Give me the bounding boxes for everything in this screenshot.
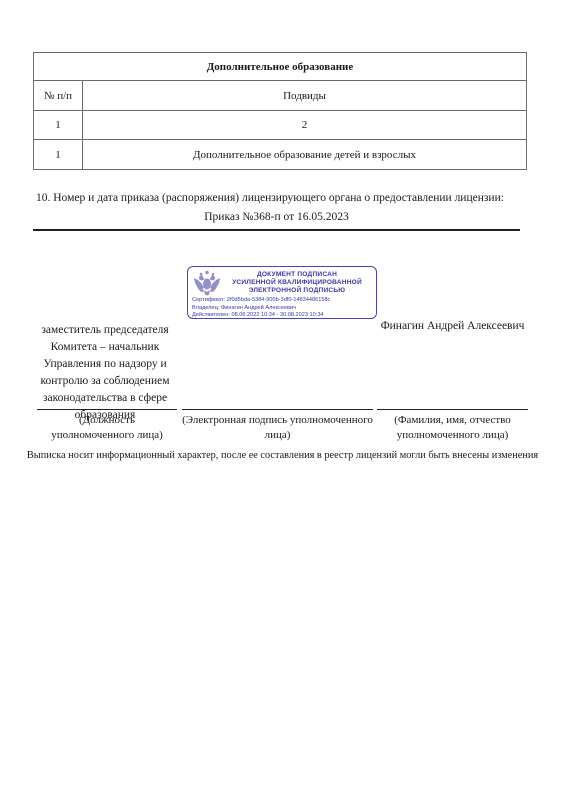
stamp-title-line3: ЭЛЕКТРОННОЙ ПОДПИСЬЮ <box>222 287 372 295</box>
digital-signature-stamp: ДОКУМЕНТ ПОДПИСАН УСИЛЕННОЙ КВАЛИФИЦИРОВ… <box>187 266 377 319</box>
row-subtype-value: Дополнительное образование детей и взрос… <box>83 140 527 170</box>
table-title: Дополнительное образование <box>34 53 527 81</box>
table-title-row: Дополнительное образование <box>34 53 527 81</box>
license-extract-page: Дополнительное образование № п/п Подвиды… <box>0 0 565 800</box>
row-number: 1 <box>34 140 83 170</box>
stamp-validity: Действителен: 08.06.2022 10:34 - 30.08.2… <box>192 312 372 319</box>
signature-line-position <box>37 409 177 410</box>
count-row-value: 2 <box>83 111 527 140</box>
additional-education-table: Дополнительное образование № п/п Подвиды… <box>33 52 527 170</box>
stamp-title-line2: УСИЛЕННОЙ КВАЛИФИЦИРОВАННОЙ <box>222 279 372 287</box>
stamp-header-area: ДОКУМЕНТ ПОДПИСАН УСИЛЕННОЙ КВАЛИФИЦИРОВ… <box>192 270 372 296</box>
caption-position: (Должность уполномоченного лица) <box>37 413 177 443</box>
separator-line <box>33 229 520 231</box>
signature-line-esign <box>182 409 373 410</box>
caption-full-name: (Фамилия, имя, отчество уполномоченного … <box>377 413 528 443</box>
column-header-number: № п/п <box>34 81 83 111</box>
signer-name: Финагин Андрей Алексеевич <box>377 320 528 332</box>
order-number-value: Приказ №368-п от 16.05.2023 <box>33 211 520 223</box>
caption-esignature: (Электронная подпись уполномоченного лиц… <box>182 413 373 443</box>
signature-line-name <box>377 409 528 410</box>
stamp-certificate: Сертификат: 2f0d5bda-5384-900b-3df0-1483… <box>192 297 372 304</box>
coat-of-arms-icon <box>192 270 222 296</box>
table-row: 1 Дополнительное образование детей и взр… <box>34 140 527 170</box>
stamp-title-line1: ДОКУМЕНТ ПОДПИСАН <box>222 271 372 279</box>
column-header-subtypes: Подвиды <box>83 81 527 111</box>
count-row-number: 1 <box>34 111 83 140</box>
section10-label: 10. Номер и дата приказа (распоряжения) … <box>36 192 536 204</box>
table-count-row: 1 2 <box>34 111 527 140</box>
stamp-owner: Владелец: Финагин Андрей Алексеевич <box>192 305 372 312</box>
footer-note: Выписка носит информационный характер, п… <box>20 450 545 461</box>
table-header-row: № п/п Подвиды <box>34 81 527 111</box>
stamp-title: ДОКУМЕНТ ПОДПИСАН УСИЛЕННОЙ КВАЛИФИЦИРОВ… <box>222 270 372 295</box>
